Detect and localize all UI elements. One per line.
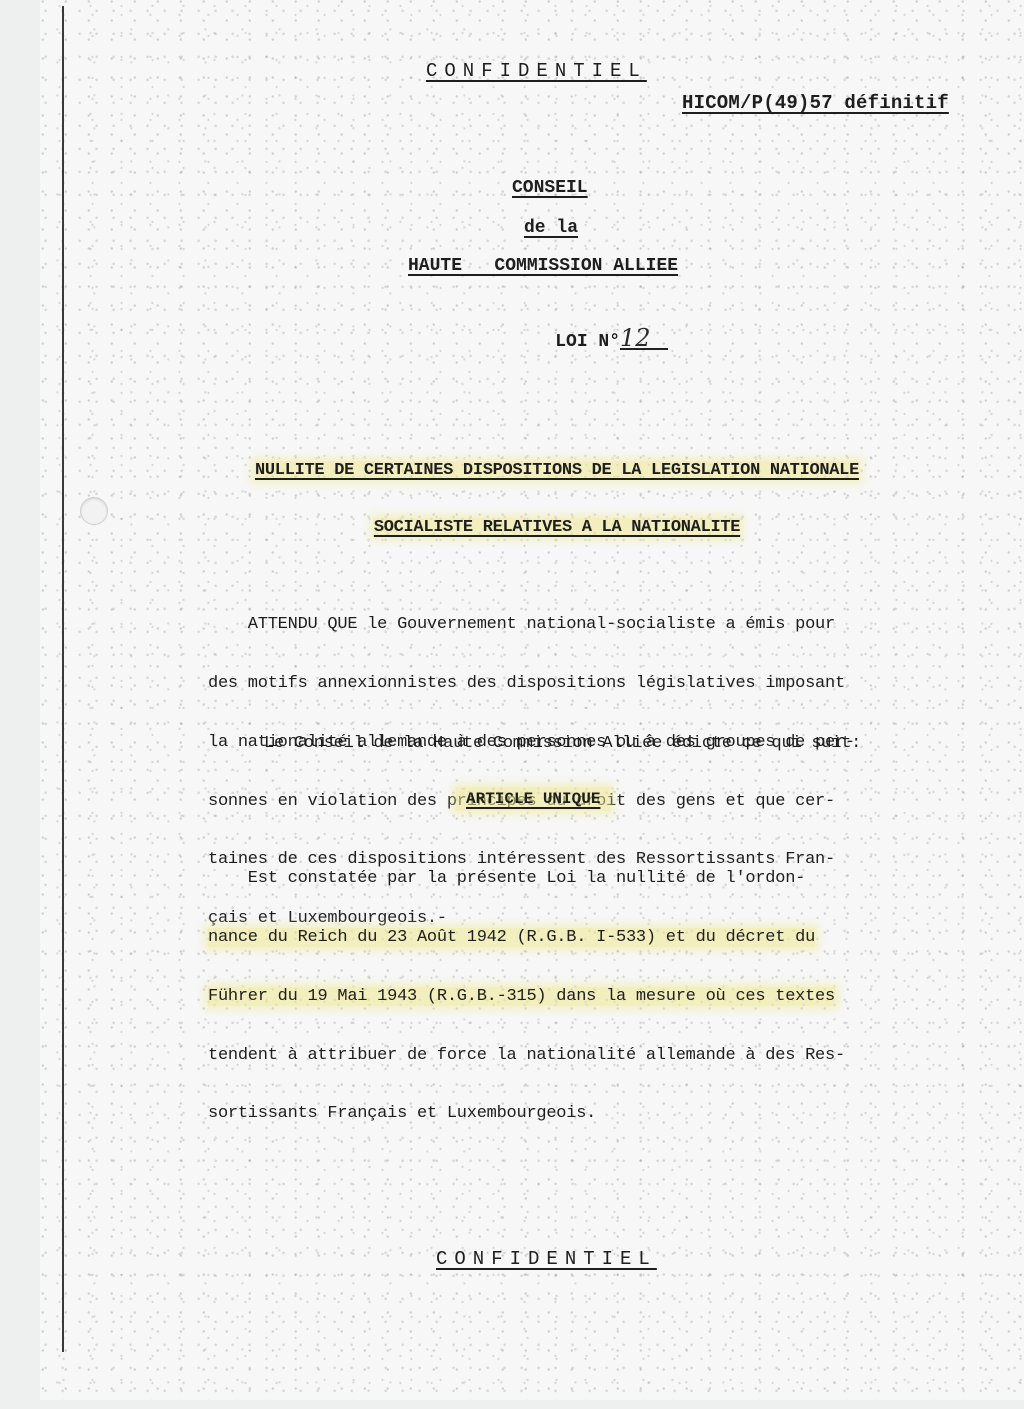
law-title-line-2: SOCIALISTE RELATIVES A LA NATIONALITE <box>374 518 740 537</box>
article-line: Führer du 19 Mai 1943 (R.G.B.-315) dans … <box>208 987 845 1007</box>
enactment-clause: Le Conseil de la Haute Commission Alliée… <box>264 734 861 754</box>
heading-haute-commission: HAUTE COMMISSION ALLIEE <box>408 256 678 276</box>
heading-conseil: CONSEIL <box>512 178 588 198</box>
article-paragraph: Est constatée par la présente Loi la nul… <box>208 830 845 1163</box>
footer-confidential: CONFIDENTIEL <box>436 1248 657 1270</box>
preamble-line: des motifs annexionnistes des dispositio… <box>208 674 855 694</box>
article-line: tendent à attribuer de force la national… <box>208 1046 845 1066</box>
document-reference: HICOM/P(49)57 définitif <box>682 92 949 114</box>
article-heading: ARTICLE UNIQUE <box>456 787 610 811</box>
loi-number-handwritten: 12 <box>620 328 668 350</box>
law-title: NULLITE DE CERTAINES DISPOSITIONS DE LA … <box>200 423 914 575</box>
article-line: Est constatée par la présente Loi la nul… <box>208 869 845 889</box>
punch-hole <box>80 497 108 525</box>
loi-number-line: LOI N°12 <box>512 308 668 372</box>
preamble-line: ATTENDU QUE le Gouvernement national-soc… <box>208 615 855 635</box>
header-confidential: CONFIDENTIEL <box>426 60 647 82</box>
article-line: sortissants Français et Luxembourgeois. <box>208 1104 845 1124</box>
heading-de-la: de la <box>524 218 578 238</box>
loi-label: LOI N° <box>555 332 620 352</box>
margin-rule <box>62 6 64 1352</box>
document-page: CONFIDENTIEL HICOM/P(49)57 définitif CON… <box>40 0 1024 1400</box>
law-title-line-1: NULLITE DE CERTAINES DISPOSITIONS DE LA … <box>255 461 859 480</box>
article-line: nance du Reich du 23 Août 1942 (R.G.B. I… <box>208 928 845 948</box>
